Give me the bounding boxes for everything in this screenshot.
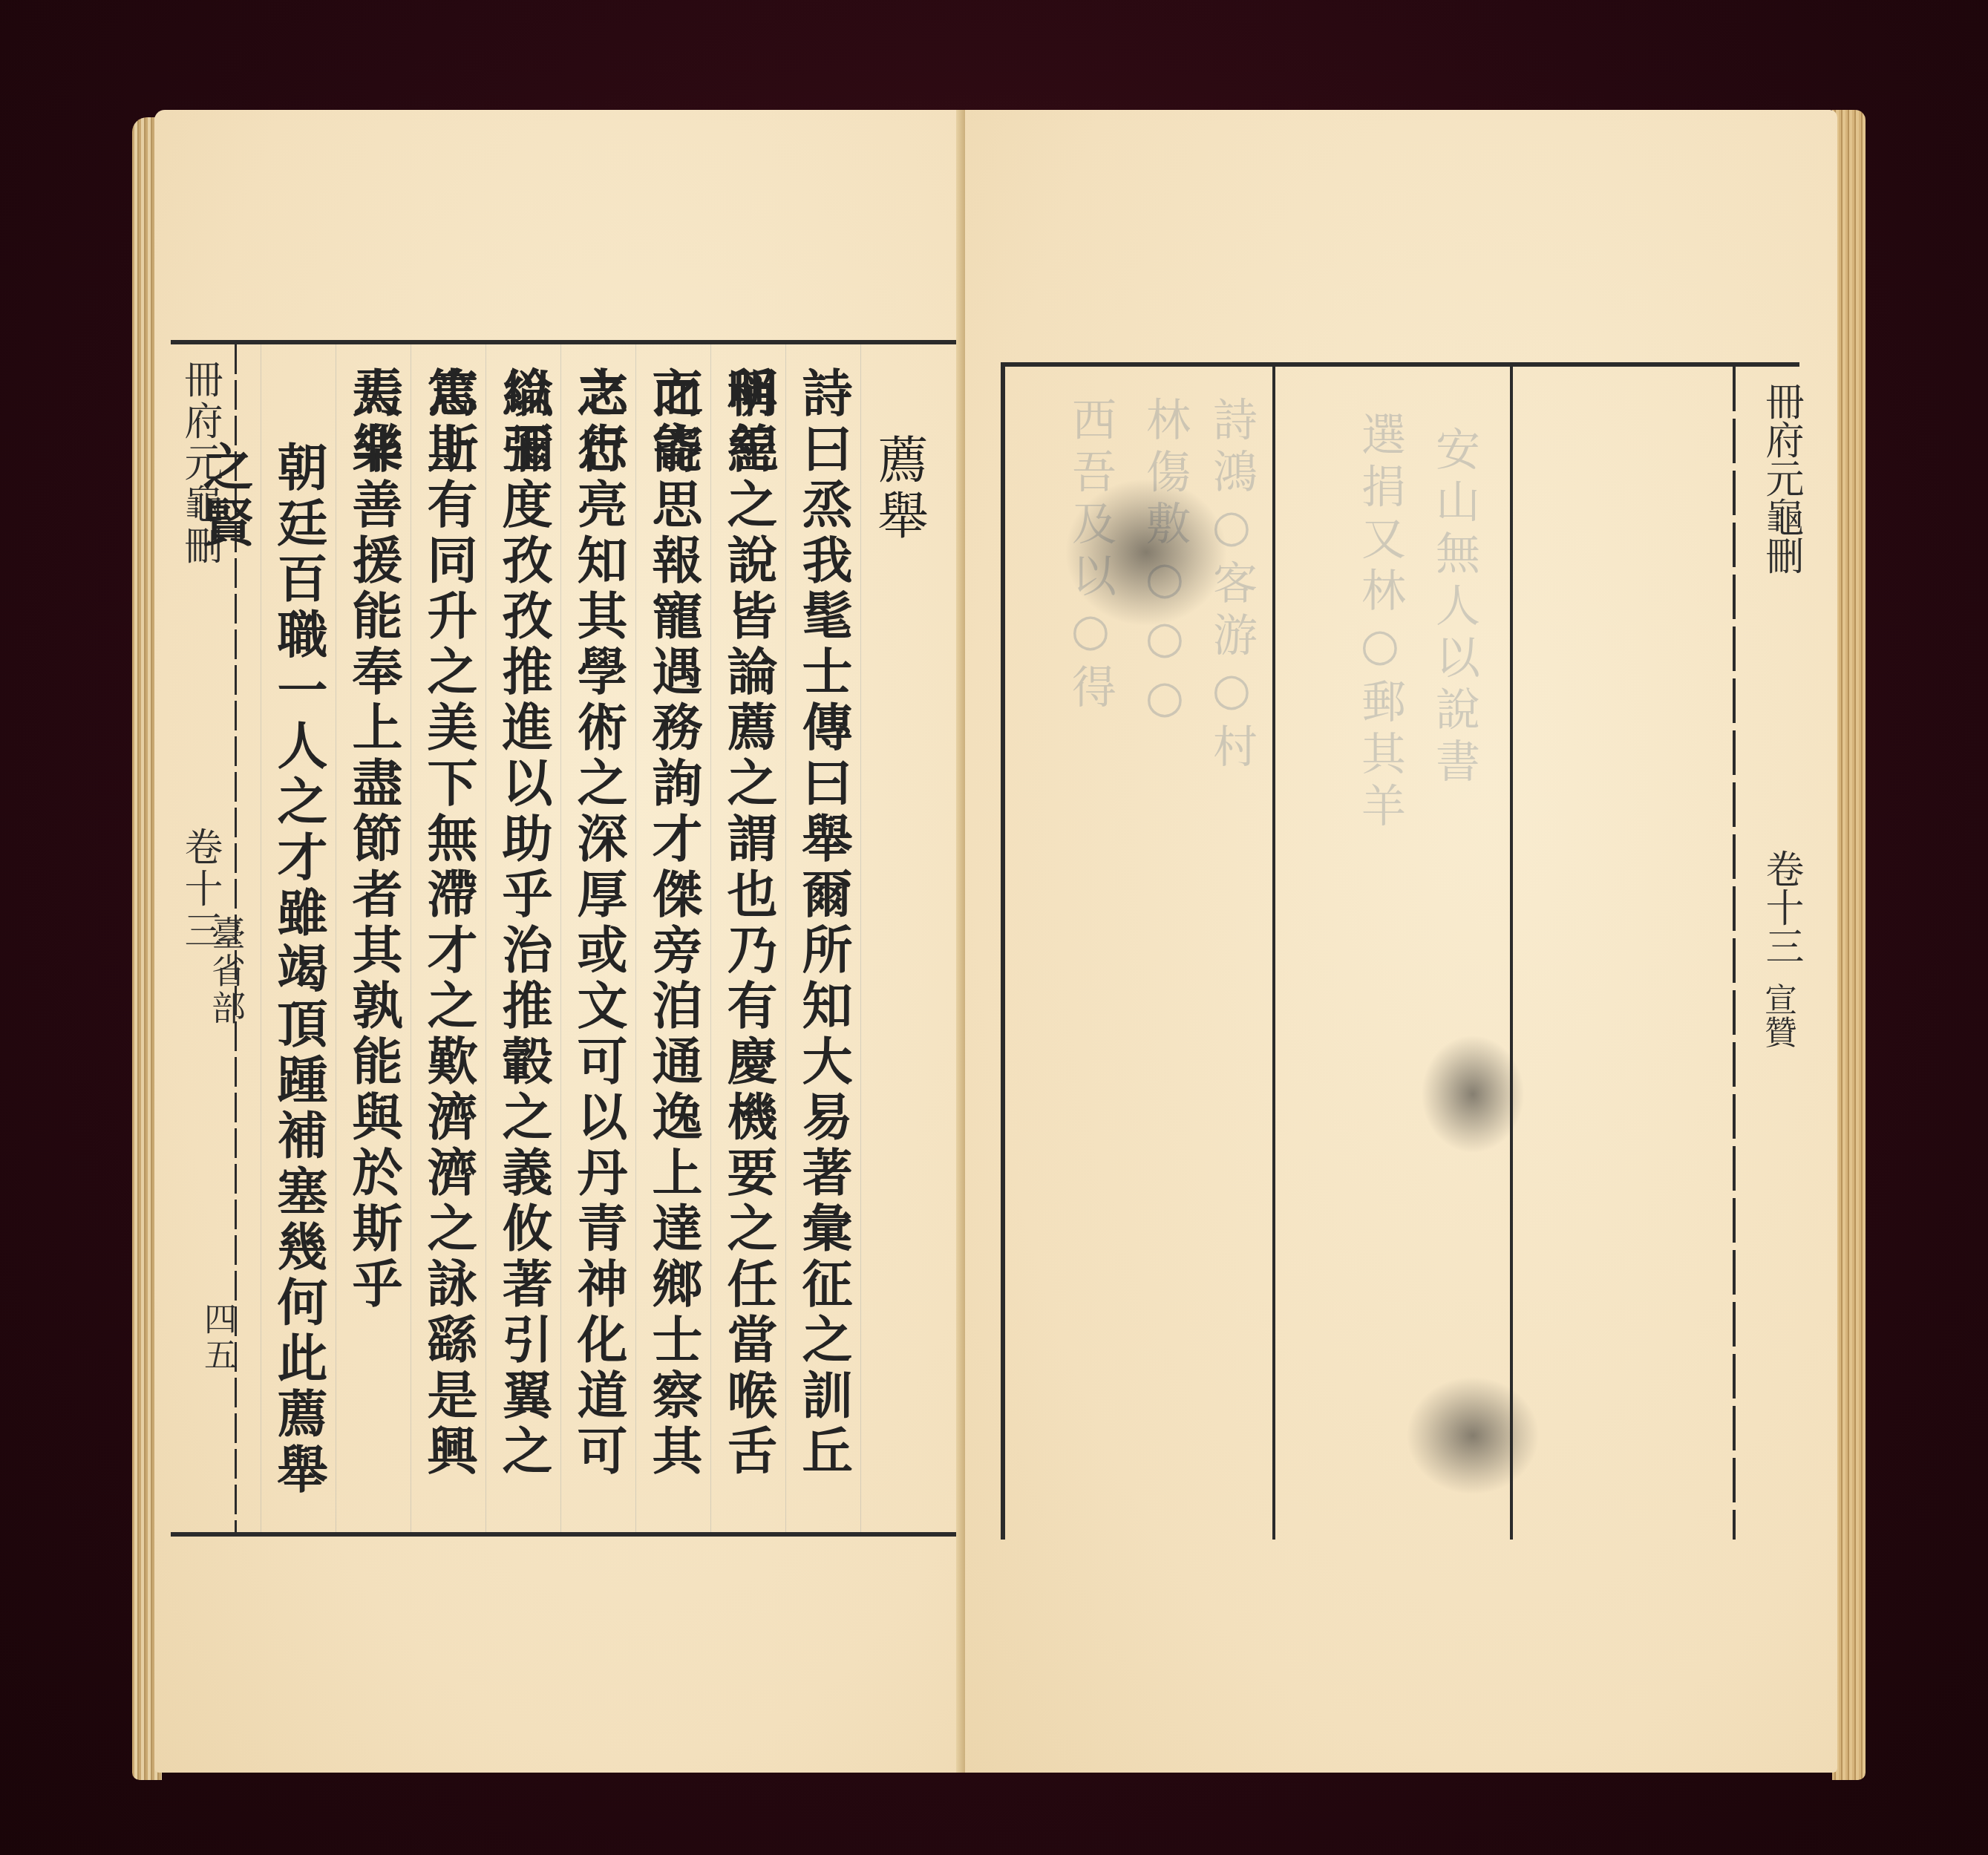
- left-page-frame: 冊府元龜刪 卷十三 臺省部 四五 薦舉 詩曰烝我髦士傳曰舉爾所知大易著彙征之訓丘…: [171, 340, 963, 1537]
- left-page: 冊府元龜刪 卷十三 臺省部 四五 薦舉 詩曰烝我髦士傳曰舉爾所知大易著彙征之訓丘…: [154, 110, 964, 1773]
- ink-smudge: [1421, 1035, 1525, 1154]
- text-column-3: 而能思報寵遇務詢才傑旁洎通逸上達鄉士察其志行: [635, 344, 710, 1532]
- banxin-book-title: 冊府元龜刪: [1753, 382, 1809, 575]
- text-column-5: 綸王度孜孜推進以助乎治推轂之義攸著引翼之志斯: [485, 344, 560, 1532]
- banxin-section: 宣贊: [1753, 983, 1801, 1048]
- bleed-through-text: 選捐又林○郵其羊: [1347, 411, 1413, 834]
- bleed-through-text: 安山無人以說書: [1421, 426, 1488, 790]
- text-column-8: 朝廷百職一人之才雖竭頂踵補塞幾何此薦舉之賢: [261, 344, 336, 1532]
- main-text: 薦舉 詩曰烝我髦士傳曰舉爾所知大易著彙征之訓丘明紀 稱善之說皆論薦之謂也乃有慶機…: [245, 344, 943, 1532]
- ink-smudge: [1406, 1376, 1540, 1495]
- banxin-volume: 卷十三: [1753, 849, 1809, 965]
- text-column-1: 詩曰烝我髦士傳曰舉爾所知大易著彙征之訓丘明紀: [785, 344, 860, 1532]
- banxin-page-number: 四五: [193, 1302, 241, 1373]
- right-page-frame: 安山無人以說書 選捐又林○郵其羊 詩鴻○客游○村 林傷敷○○○ 西吾及以○得 冊…: [1001, 362, 1799, 1540]
- column-rule: [1272, 367, 1275, 1540]
- open-book: 冊府元龜刪 卷十三 臺省部 四五 薦舉 詩曰烝我髦士傳曰舉爾所知大易著彙征之訓丘…: [132, 110, 1862, 1773]
- column-rule: [1510, 367, 1513, 1540]
- text-column-4: 之忠亮知其學術之深厚或文可以丹青神化道可以彌: [560, 344, 635, 1532]
- text-column-6: 篤上有同升之美下無滯才之歎濟濟之詠繇是興焉非: [411, 344, 485, 1532]
- ink-smudge: [1065, 478, 1228, 626]
- section-heading: 薦舉: [860, 344, 935, 1532]
- right-banxin: 冊府元龜刪 卷十三 宣贊: [1747, 374, 1799, 1532]
- banxin-divider: [1733, 367, 1736, 1540]
- text-column-7: 夫樂善援能奉上盡節者其孰能與於斯乎: [336, 344, 411, 1532]
- banxin-section: 臺省部: [202, 916, 251, 1027]
- text-column-2: 稱善之說皆論薦之謂也乃有慶機要之任當喉舌之寄: [710, 344, 785, 1532]
- right-page: 安山無人以說書 選捐又林○郵其羊 詩鴻○客游○村 林傷敷○○○ 西吾及以○得 冊…: [965, 110, 1837, 1773]
